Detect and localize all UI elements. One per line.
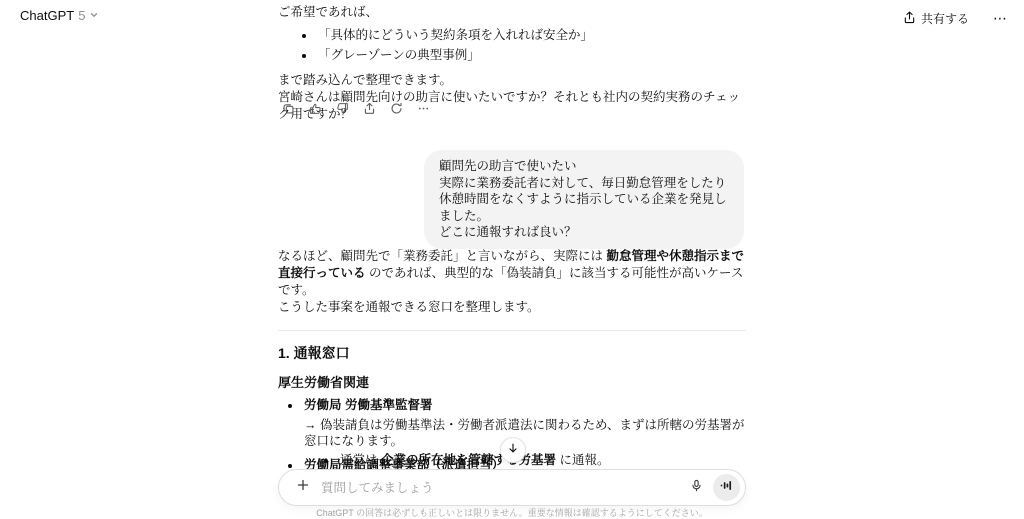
share-message-button[interactable] xyxy=(359,98,379,118)
share-button[interactable]: 共有する xyxy=(895,6,977,31)
subsection-heading: 厚生労働省関連 xyxy=(278,374,746,391)
model-picker[interactable]: ChatGPT 5 xyxy=(20,8,99,23)
brand-label: ChatGPT xyxy=(20,8,74,23)
assistant-text: なるほど、顧問先で「業務委託」と言いながら、実際には xyxy=(278,249,606,263)
more-actions-button[interactable] xyxy=(413,98,433,118)
user-text-line: どこに通報すれば良い？ xyxy=(439,224,729,241)
copy-button[interactable] xyxy=(278,98,298,118)
dictate-button[interactable] xyxy=(684,476,708,500)
share-label: 共有する xyxy=(921,10,969,27)
model-version: 5 xyxy=(78,8,85,23)
assistant-text-line: まで踏み込んで整理できます。 xyxy=(278,72,746,89)
section-heading: 1. 通報窓口 xyxy=(278,344,746,362)
section-divider xyxy=(278,330,746,331)
attach-button[interactable] xyxy=(292,477,314,499)
chatgpt-page: ChatGPT 5 共有する ⋯ ご希望であれば、 「具体的にどういう契約条項を… xyxy=(0,0,1024,519)
user-message-bubble: 顧問先の助言で使いたい 実際に業務委託者に対して、毎日勤怠管理をしたり休憩時間を… xyxy=(424,150,744,249)
microphone-icon xyxy=(690,479,703,497)
message-input[interactable] xyxy=(321,481,684,495)
disclaimer: ChatGPT の回答は必ずしも正しいとは限りません。重要な情報は確認するように… xyxy=(0,506,1024,519)
share-icon xyxy=(903,11,916,27)
ellipsis-icon: ⋯ xyxy=(993,10,1008,26)
message-actions xyxy=(278,98,433,118)
arrow-down-icon xyxy=(507,441,519,459)
thumbs-up-button[interactable] xyxy=(305,98,325,118)
assistant-paragraph: なるほど、顧問先で「業務委託」と言いながら、実際には 勤怠管理や休憩指示まで直接… xyxy=(278,248,746,299)
header-actions: 共有する ⋯ xyxy=(895,6,1014,31)
plus-icon xyxy=(296,478,310,497)
voice-mode-button[interactable] xyxy=(713,474,740,501)
conversation-menu-button[interactable]: ⋯ xyxy=(987,8,1014,29)
composer-bar xyxy=(278,469,746,506)
user-message-row: 顧問先の助言で使いたい 実際に業務委託者に対して、毎日勤怠管理をしたり休憩時間を… xyxy=(424,150,744,249)
voice-waveform-icon xyxy=(720,479,733,497)
list-item-title: 労働局 労働基準監督署 xyxy=(278,397,746,414)
top-bar: ChatGPT 5 共有する ⋯ xyxy=(0,0,1024,36)
thumbs-down-button[interactable] xyxy=(332,98,352,118)
user-text-line: 実際に業務委託者に対して、毎日勤怠管理をしたり休憩時間をなくすように指示している… xyxy=(439,175,729,225)
scroll-to-bottom-button[interactable] xyxy=(500,437,526,463)
chevron-down-icon xyxy=(89,8,99,23)
list-item: 「グレーゾーンの典型事例」 xyxy=(278,47,746,64)
user-text-line: 顧問先の助言で使いたい xyxy=(439,158,729,175)
assistant-text: こうした事案を通報できる窓口を整理します。 xyxy=(278,299,746,316)
assistant-message-2: なるほど、顧問先で「業務委託」と言いながら、実際には 勤怠管理や休憩指示まで直接… xyxy=(278,248,746,504)
regenerate-button[interactable] xyxy=(386,98,406,118)
assistant-text: に通報。 xyxy=(556,453,609,467)
